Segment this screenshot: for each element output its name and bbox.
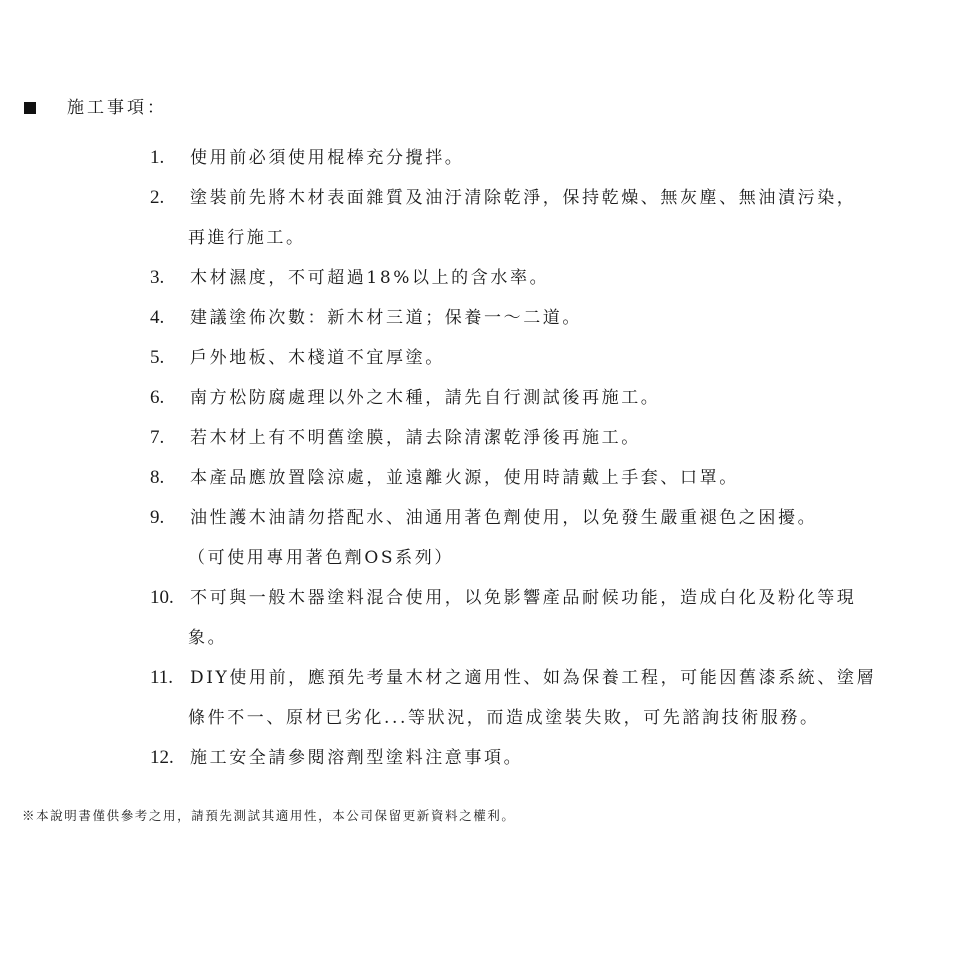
item-number: 7. [150, 418, 190, 458]
item-number: 10. [150, 578, 190, 618]
item-text-continued: 再進行施工。 [150, 218, 910, 258]
item-text-continued: （可使用專用著色劑OS系列） [150, 538, 910, 578]
list-item-12: 12. 施工安全請參閱溶劑型塗料注意事項。 [150, 738, 910, 778]
item-number: 1. [150, 138, 190, 178]
item-text-continued: 象。 [150, 618, 910, 658]
item-text: 施工安全請參閱溶劑型塗料注意事項。 [150, 738, 910, 778]
disclaimer-footnote: ※本說明書僅供參考之用，請預先測試其適用性，本公司保留更新資料之權利。 [22, 806, 516, 826]
item-number: 5. [150, 338, 190, 378]
list-item-9: 9. 油性護木油請勿搭配水、油通用著色劑使用，以免發生嚴重褪色之困擾。 （可使用… [150, 498, 910, 578]
item-number: 4. [150, 298, 190, 338]
item-text: DIY使用前，應預先考量木材之適用性、如為保養工程，可能因舊漆系統、塗層 [150, 658, 910, 698]
list-item-8: 8. 本產品應放置陰涼處，並遠離火源，使用時請戴上手套、口罩。 [150, 458, 910, 498]
item-text: 使用前必須使用棍棒充分攪拌。 [150, 138, 910, 178]
list-item-10: 10. 不可與一般木器塗料混合使用，以免影響產品耐候功能，造成白化及粉化等現 象… [150, 578, 910, 658]
item-number: 6. [150, 378, 190, 418]
item-text: 不可與一般木器塗料混合使用，以免影響產品耐候功能，造成白化及粉化等現 [150, 578, 910, 618]
list-item-11: 11. DIY使用前，應預先考量木材之適用性、如為保養工程，可能因舊漆系統、塗層… [150, 658, 910, 738]
item-number: 3. [150, 258, 190, 298]
item-text: 戶外地板、木棧道不宜厚塗。 [150, 338, 910, 378]
item-number: 11. [150, 658, 190, 698]
list-item-7: 7. 若木材上有不明舊塗膜，請去除清潔乾淨後再施工。 [150, 418, 910, 458]
item-text: 塗裝前先將木材表面雜質及油汙清除乾淨，保持乾燥、無灰塵、無油漬污染， [150, 178, 910, 218]
list-item-6: 6. 南方松防腐處理以外之木種，請先自行測試後再施工。 [150, 378, 910, 418]
section-heading: 施工事項： [24, 96, 36, 120]
list-item-4: 4. 建議塗佈次數：新木材三道；保養一～二道。 [150, 298, 910, 338]
item-text-continued: 條件不一、原材已劣化...等狀況，而造成塗裝失敗，可先諮詢技術服務。 [150, 698, 910, 738]
item-text: 木材濕度，不可超過18%以上的含水率。 [150, 258, 910, 298]
instruction-list: 1. 使用前必須使用棍棒充分攪拌。 2. 塗裝前先將木材表面雜質及油汙清除乾淨，… [150, 138, 910, 778]
item-text: 若木材上有不明舊塗膜，請去除清潔乾淨後再施工。 [150, 418, 910, 458]
list-item-1: 1. 使用前必須使用棍棒充分攪拌。 [150, 138, 910, 178]
item-number: 12. [150, 738, 190, 778]
item-text: 油性護木油請勿搭配水、油通用著色劑使用，以免發生嚴重褪色之困擾。 [150, 498, 910, 538]
item-text: 建議塗佈次數：新木材三道；保養一～二道。 [150, 298, 910, 338]
section-title: 施工事項： [67, 96, 167, 120]
item-number: 2. [150, 178, 190, 218]
item-number: 9. [150, 498, 190, 538]
item-text: 本產品應放置陰涼處，並遠離火源，使用時請戴上手套、口罩。 [150, 458, 910, 498]
item-text: 南方松防腐處理以外之木種，請先自行測試後再施工。 [150, 378, 910, 418]
list-item-2: 2. 塗裝前先將木材表面雜質及油汙清除乾淨，保持乾燥、無灰塵、無油漬污染， 再進… [150, 178, 910, 258]
square-bullet-icon [24, 102, 36, 114]
list-item-3: 3. 木材濕度，不可超過18%以上的含水率。 [150, 258, 910, 298]
list-item-5: 5. 戶外地板、木棧道不宜厚塗。 [150, 338, 910, 378]
item-number: 8. [150, 458, 190, 498]
